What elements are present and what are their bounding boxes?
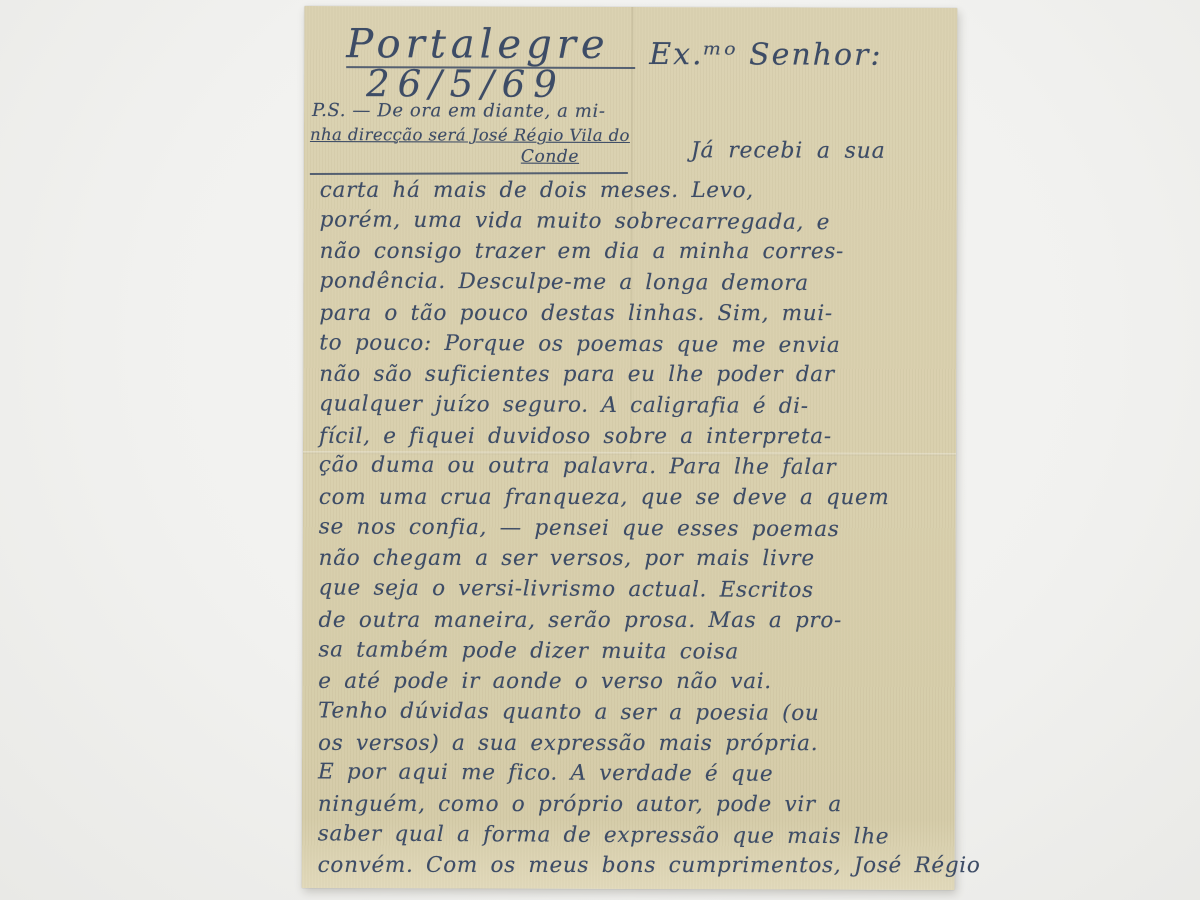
body-line: pondência. Desculpe-me a longa demora: [319, 266, 947, 300]
postscript-line-1: P.S. — De ora em diante, a mi-: [312, 100, 606, 122]
salutation: Ex.ᵐᵒ Senhor:: [649, 37, 882, 73]
body-line: não chegam a ser versos, por mais livre: [319, 544, 947, 575]
letter-date: 26/5/69: [366, 62, 565, 106]
opening-line: Já recebi a sua: [691, 138, 886, 164]
body-line: para o tão pouco destas linhas. Sim, mui…: [319, 299, 947, 330]
body-line: convém. Com os meus bons cumprimentos, J…: [318, 851, 946, 882]
body-line: to pouco: Porque os poemas que me envia: [319, 328, 947, 362]
body-line: qualquer juízo seguro. A caligrafia é di…: [319, 389, 947, 423]
body-line: de outra maneira, serão prosa. Mas a pro…: [318, 606, 946, 637]
body-line: E por aqui me fico. A verdade é que: [318, 758, 946, 792]
body-line: sa também pode dizer muita coisa: [318, 635, 946, 669]
body-line: com uma crua franqueza, que se deve a qu…: [319, 483, 947, 514]
body-line: ção duma ou outra palavra. Para lhe fala…: [319, 451, 947, 485]
body-line: que seja o versi-livrismo actual. Escrit…: [318, 574, 946, 608]
body-line: os versos) a sua expressão mais própria.: [318, 729, 946, 760]
postscript-line-2: nha direcção será José Régio Vila do: [310, 125, 630, 145]
photo-background: Portalegre 26/5/69 P.S. — De ora em dian…: [0, 0, 1200, 900]
body-line: não são suficientes para eu lhe poder da…: [319, 360, 947, 391]
body-line: carta há mais de dois meses. Levo,: [320, 176, 948, 207]
body-line: não consigo trazer em dia a minha corres…: [320, 237, 948, 268]
letter-body: carta há mais de dois meses. Levo,porém,…: [318, 175, 948, 883]
body-line: se nos confia, — pensei que esses poemas: [319, 512, 947, 546]
body-line: fícil, e fiquei duvidoso sobre a interpr…: [319, 421, 947, 452]
body-line: ninguém, como o próprio autor, pode vir …: [318, 790, 946, 821]
postscript-line-3: Conde: [521, 147, 579, 167]
letter-paper: Portalegre 26/5/69 P.S. — De ora em dian…: [302, 6, 958, 890]
body-line: e até pode ir aonde o verso não vai.: [318, 667, 946, 698]
body-line: porém, uma vida muito sobrecarregada, e: [320, 205, 948, 239]
body-line: saber qual a forma de expressão que mais…: [318, 819, 946, 853]
body-line: Tenho dúvidas quanto a ser a poesia (ou: [318, 696, 946, 730]
